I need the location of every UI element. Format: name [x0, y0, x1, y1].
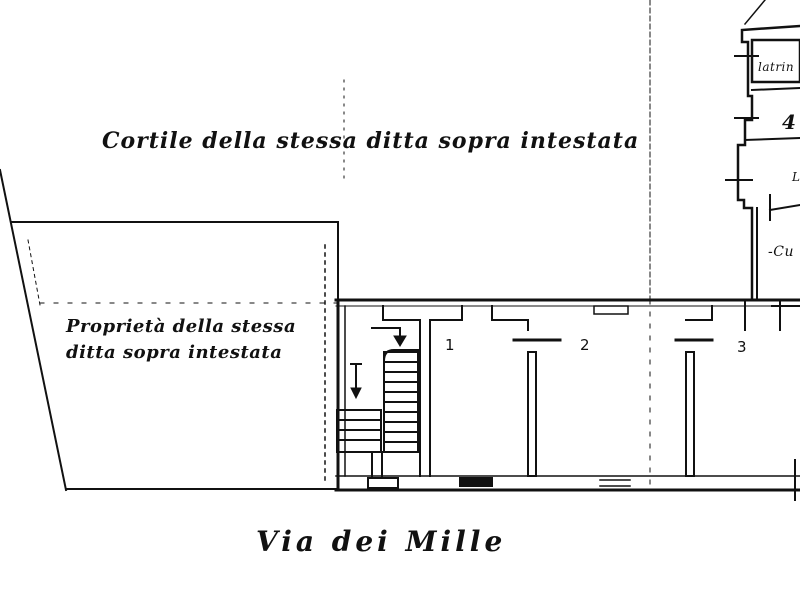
room-number-2: 2: [580, 336, 590, 354]
latrine-label: latrin: [758, 60, 794, 74]
annex-room-label: 4: [782, 110, 796, 134]
annex-small-label: L: [792, 170, 800, 184]
left-boundary-line: [0, 170, 66, 490]
property-label-line1: Proprietà della stessa: [66, 314, 296, 340]
arrow-updown-icon: [351, 364, 361, 398]
property-label-line2: ditta sopra intestata: [66, 340, 296, 366]
staircase: [337, 350, 418, 488]
annex-lower-label: -Cu: [768, 244, 794, 260]
neighbor-property-outline: [12, 222, 338, 300]
room-number-1: 1: [445, 336, 455, 354]
floor-plan: [0, 0, 800, 600]
courtyard-label: Cortile della stessa ditta sopra intesta…: [102, 128, 639, 154]
room1-room2-wall: [492, 306, 528, 330]
room-number-3: 3: [737, 338, 747, 356]
arrow-down-icon: [372, 328, 406, 346]
street-name-label: Via dei Mille: [256, 525, 506, 558]
neighbor-property-label: Proprietà della stessa ditta sopra intes…: [66, 314, 296, 366]
